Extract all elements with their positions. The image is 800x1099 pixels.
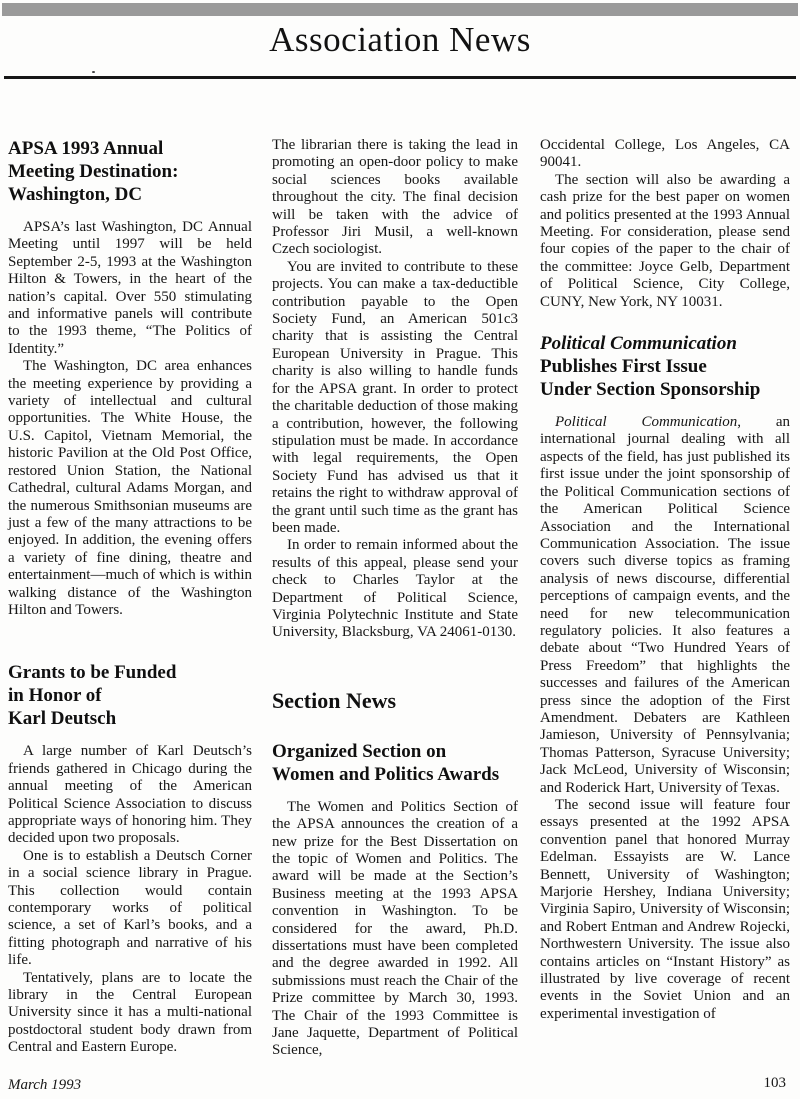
column-middle: The librarian there is taking the lead i… <box>272 137 518 1060</box>
column-left: APSA 1993 Annual Meeting Destination: Wa… <box>8 137 252 1060</box>
paragraph: A large number of Karl Deutsch’s friends… <box>8 743 252 847</box>
paragraph: One is to establish a Deutsch Corner in … <box>8 848 252 970</box>
paragraph: Tentatively, plans are to locate the lib… <box>8 970 252 1057</box>
heading-line: Washington, DC <box>8 183 252 206</box>
paragraph: The section will also be awarding a cash… <box>540 172 790 311</box>
heading-line: Organized Section on <box>272 740 518 763</box>
paragraph: The second issue will feature four essay… <box>540 797 790 1023</box>
paragraph: The Washington, DC area enhances the mee… <box>8 358 252 619</box>
heading-line: Grants to be Funded <box>8 661 252 684</box>
paragraph: You are invited to contribute to these p… <box>272 259 518 538</box>
paragraph: The Women and Politics Section of the AP… <box>272 799 518 1060</box>
paragraph-text: , an international journal dealing with … <box>540 414 790 796</box>
heading-line-journal-name: Political Communication <box>540 332 790 355</box>
heading-line: Publishes First Issue <box>540 355 790 378</box>
heading-line: Karl Deutsch <box>8 707 252 730</box>
page-title: Association News <box>0 20 800 60</box>
article-heading-deutsch-grants: Grants to be Funded in Honor of Karl Deu… <box>8 661 252 730</box>
paragraph: In order to remain informed about the re… <box>272 537 518 641</box>
article-heading-women-politics-awards: Organized Section on Women and Politics … <box>272 740 518 786</box>
paragraph: APSA’s last Washington, DC Annual Meetin… <box>8 219 252 358</box>
header-rule <box>4 76 796 79</box>
heading-line: Under Section Sponsorship <box>540 378 790 401</box>
paragraph: Occidental College, Los Angeles, CA 9004… <box>540 137 790 172</box>
heading-line: APSA 1993 Annual <box>8 137 252 160</box>
page-header: Association News <box>0 20 800 60</box>
article-heading-political-communication: Political Communication Publishes First … <box>540 332 790 401</box>
column-right: Occidental College, Los Angeles, CA 9004… <box>540 137 790 1060</box>
heading-line: in Honor of <box>8 684 252 707</box>
paragraph: Political Communication, an internationa… <box>540 414 790 797</box>
journal-page: Association News APSA 1993 Annual Meetin… <box>0 0 800 1099</box>
top-gray-bar <box>2 3 798 16</box>
heading-line: Meeting Destination: <box>8 160 252 183</box>
footer-page-number: 103 <box>764 1075 787 1092</box>
paragraph: The librarian there is taking the lead i… <box>272 137 518 259</box>
footer-issue-date: March 1993 <box>8 1077 81 1094</box>
journal-name-italic: Political Communication <box>555 414 737 430</box>
scan-artifact-dot <box>92 71 95 73</box>
article-heading-apsa-meeting: APSA 1993 Annual Meeting Destination: Wa… <box>8 137 252 206</box>
section-title-section-news: Section News <box>272 688 518 713</box>
content-columns: APSA 1993 Annual Meeting Destination: Wa… <box>8 137 790 1060</box>
heading-line: Women and Politics Awards <box>272 763 518 786</box>
